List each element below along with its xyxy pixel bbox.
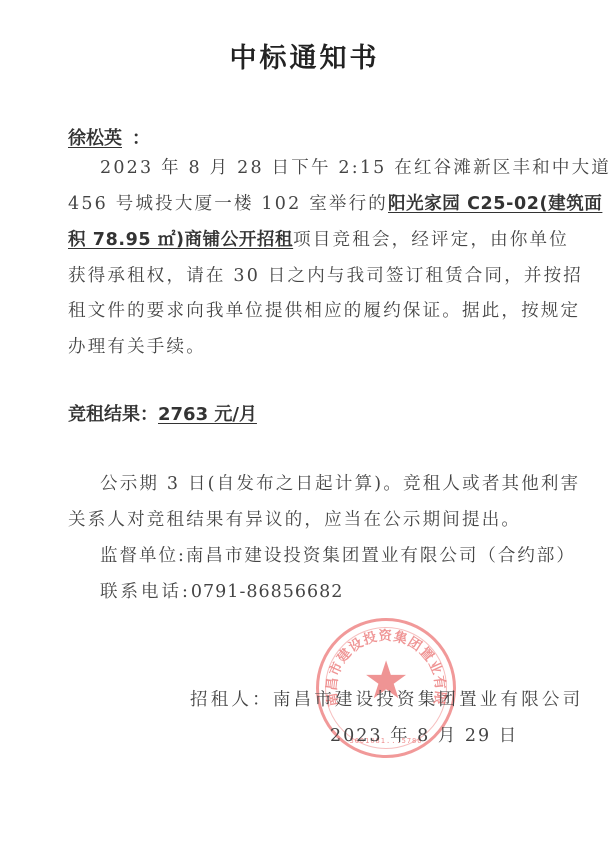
document-title: 中标通知书 [0, 36, 609, 75]
body-line-6: 办理有关手续。 [68, 333, 206, 358]
addressee-name: 徐松英 [68, 128, 132, 149]
bid-result-label: 竞租结果： [68, 404, 158, 425]
addressee-colon: ： [132, 128, 150, 149]
signature-company: 南昌市建设投资集团置业有限公司 [273, 690, 584, 710]
body-line-3: 积 78.95 ㎡)商铺公开招租项目竞租会，经评定，由你单位 [68, 226, 569, 251]
body-line-5: 租文件的要求向我单位提供相应的履约保证。据此，按规定 [68, 297, 580, 322]
bid-result: 竞租结果：2763 元/月 [68, 400, 275, 426]
contact-phone: 0791-86856682 [191, 582, 344, 602]
bid-result-value: 2763 元/月 [158, 404, 275, 425]
project-name-part-2: 积 78.95 ㎡)商铺公开招租 [68, 230, 293, 250]
body-line-1: 2023 年 8 月 28 日下午 2:15 在红谷滩新区丰和中大道 [100, 154, 609, 179]
body-line-2-plain: 456 号城投大厦一楼 102 室举行的 [68, 194, 388, 214]
contact: 联系电话:0791-86856682 [100, 578, 343, 603]
contact-label: 联系电话: [100, 582, 191, 602]
notice-line-2: 关系人对竞租结果有异议的，应当在公示期间提出。 [68, 506, 521, 531]
body-line-3-plain: 项目竞租会，经评定，由你单位 [293, 230, 569, 250]
supervisor-label: 监督单位: [100, 546, 186, 566]
signature: 招租人：南昌市建设投资集团置业有限公司 [190, 686, 583, 711]
signature-label: 招租人： [190, 690, 273, 710]
body-line-4: 获得承租权，请在 30 日之内与我司签订租赁合同，并按招 [68, 262, 583, 287]
body-line-2: 456 号城投大厦一楼 102 室举行的阳光家园 C25-02(建筑面 [68, 190, 602, 215]
supervisor-value: 南昌市建设投资集团置业有限公司（合约部） [186, 546, 576, 566]
notice-line-1: 公示期 3 日(自发布之日起计算)。竞租人或者其他利害 [100, 470, 580, 495]
project-name-part-1: 阳光家园 C25-02(建筑面 [388, 194, 602, 214]
issue-date: 2023 年 8 月 29 日 [330, 722, 518, 747]
addressee: 徐松英： [68, 124, 150, 150]
supervisor: 监督单位:南昌市建设投资集团置业有限公司（合约部） [100, 542, 576, 567]
